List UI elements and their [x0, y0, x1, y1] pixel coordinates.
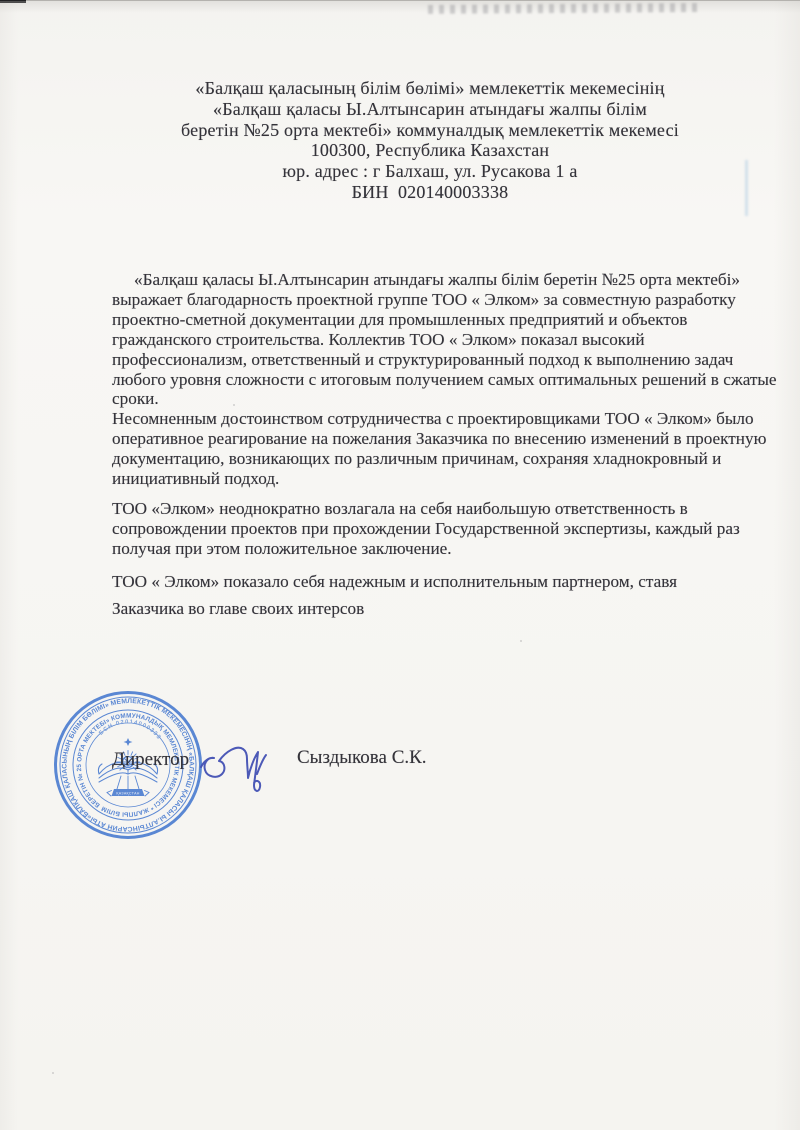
scan-speck: [520, 640, 522, 642]
body-line: сроки.: [112, 389, 792, 409]
letterhead-line: 100300, Республика Казахстан: [60, 140, 800, 161]
body-line: профессионализм, ответственный и структу…: [112, 350, 792, 370]
letterhead-line: «Балқаш қаласының білім бөлімі» мемлекет…: [60, 78, 800, 99]
letterhead-line: беретін №25 орта мектебі» коммуналдық ме…: [60, 120, 800, 141]
letter-body: «Балқаш қаласы Ы.Алтынсарин атындағы жал…: [112, 270, 792, 619]
closing-paragraph: Заказчика во главе своих интерсов: [112, 599, 792, 619]
body-line: оперативное реагирование на пожелания За…: [112, 429, 792, 449]
cooperation-paragraph: Несомненным достоинством сотрудничества …: [112, 409, 792, 489]
letterhead-line: «Балқаш қаласы Ы.Алтынсарин атындағы жал…: [60, 99, 800, 120]
director-signature: [196, 732, 276, 802]
signatory-name: Сыздыкова С.К.: [297, 747, 427, 769]
signature-stroke: [201, 748, 266, 791]
scan-smudge: [428, 3, 700, 14]
scan-speck: [52, 1072, 54, 1074]
body-line: «Балқаш қаласы Ы.Алтынсарин атындағы жал…: [112, 270, 792, 290]
body-line: инициативный подход.: [112, 469, 792, 489]
document-page: «Балқаш қаласының білім бөлімі» мемлекет…: [0, 0, 800, 1130]
gratitude-paragraph: «Балқаш қаласы Ы.Алтынсарин атындағы жал…: [112, 270, 792, 409]
letterhead-address-line: юр. адрес : г Балхаш, ул. Русакова 1 а: [60, 161, 800, 182]
letterhead-bin-line: БИН 020140003338: [60, 182, 800, 203]
body-line: Заказчика во главе своих интерсов: [112, 599, 792, 619]
body-line: любого уровня сложности с итоговым получ…: [112, 370, 792, 390]
body-line: выражает благодарность проектной группе …: [112, 290, 792, 310]
body-line: документацию, возникающих по различным п…: [112, 449, 792, 469]
emblem-banner: ҚАЗАҚСТАН: [107, 789, 149, 796]
body-line: получая при этом положительное заключени…: [112, 539, 792, 559]
body-line: сопровождении проектов при прохождении Г…: [112, 519, 792, 539]
emblem-star-icon: [124, 738, 133, 746]
body-line: ТОО «Элком» неоднократно возлагала на се…: [112, 499, 792, 519]
emblem-banner-text: ҚАЗАҚСТАН: [116, 791, 139, 795]
expertise-paragraph: ТОО «Элком» неоднократно возлагала на се…: [112, 499, 792, 559]
letterhead: «Балқаш қаласының білім бөлімі» мемлекет…: [60, 78, 800, 203]
director-title: Директор: [112, 749, 189, 771]
partner-paragraph: ТОО « Элком» показало себя надежным и ис…: [112, 572, 792, 592]
body-line: Несомненным достоинством сотрудничества …: [112, 409, 792, 429]
body-line: проектно-сметной документации для промыш…: [112, 310, 792, 330]
body-line: ТОО « Элком» показало себя надежным и ис…: [112, 572, 792, 592]
body-line: гражданского строительства. Коллектив ТО…: [112, 330, 792, 350]
